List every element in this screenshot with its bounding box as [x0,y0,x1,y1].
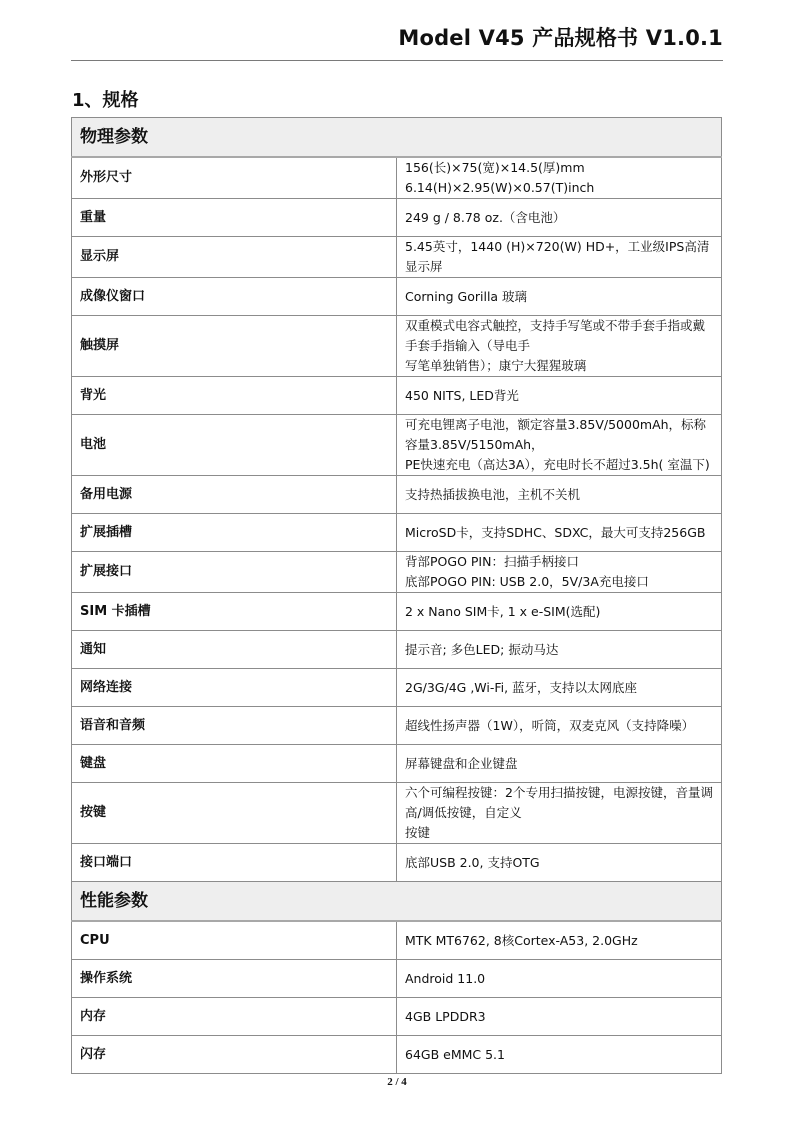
group-header-row: 性能参数 [72,882,722,922]
spec-value: 450 NITS, LED背光 [397,377,722,415]
spec-label: 键盘 [72,745,397,783]
table-row: 键盘屏幕键盘和企业键盘 [72,745,722,783]
spec-value: 可充电锂离子电池，额定容量3.85V/5000mAh，标称容量3.85V/515… [397,415,722,476]
spec-label: 按键 [72,783,397,844]
spec-label: 扩展插槽 [72,514,397,552]
spec-value-line: 4GB LPDDR3 [405,1007,713,1027]
spec-label: 外形尺寸 [72,157,397,199]
spec-label: 语音和音频 [72,707,397,745]
spec-label: 接口端口 [72,844,397,882]
table-row: 按键六个可编程按键：2个专用扫描按键，电源按键，音量调高/调低按键，自定义按键 [72,783,722,844]
spec-label: 内存 [72,998,397,1036]
spec-label: 备用电源 [72,476,397,514]
table-row: 扩展接口背部POGO PIN：扫描手柄接口底部POGO PIN: USB 2.0… [72,552,722,593]
spec-value: 4GB LPDDR3 [397,998,722,1036]
spec-value: 2 x Nano SIM卡, 1 x e-SIM(选配) [397,593,722,631]
spec-value-line: 超线性扬声器（1W），听筒，双麦克风（支持降噪） [405,716,713,736]
spec-value-line: 双重模式电容式触控，支持手写笔或不带手套手指或戴手套手指输入（导电手 [405,316,713,356]
table-row: 内存4GB LPDDR3 [72,998,722,1036]
table-row: 备用电源支持热插拔换电池，主机不关机 [72,476,722,514]
spec-value-line: 按键 [405,823,713,843]
spec-value: 底部USB 2.0, 支持OTG [397,844,722,882]
spec-value: MicroSD卡，支持SDHC、SDXC，最大可支持256GB [397,514,722,552]
spec-value-line: PE快速充电（高达3A），充电时长不超过3.5h( 室温下) [405,455,713,475]
spec-label: 背光 [72,377,397,415]
table-row: 背光450 NITS, LED背光 [72,377,722,415]
table-row: CPUMTK MT6762, 8核Cortex-A53, 2.0GHz [72,921,722,960]
page-number: 2 / 4 [0,1076,794,1088]
spec-value-line: 249 g / 8.78 oz.（含电池） [405,208,713,228]
spec-value: 5.45英寸，1440 (H)×720(W) HD+，工业级IPS高清显示屏 [397,237,722,278]
table-row: 闪存64GB eMMC 5.1 [72,1036,722,1074]
spec-value-line: 屏幕键盘和企业键盘 [405,754,713,774]
section-title: 1、规格 [72,86,139,112]
spec-value: 2G/3G/4G ,Wi-Fi, 蓝牙，支持以太网底座 [397,669,722,707]
spec-value-line: Corning Gorilla 玻璃 [405,287,713,307]
spec-label: SIM 卡插槽 [72,593,397,631]
table-row: 显示屏5.45英寸，1440 (H)×720(W) HD+，工业级IPS高清显示… [72,237,722,278]
spec-value-line: MTK MT6762, 8核Cortex-A53, 2.0GHz [405,931,713,951]
spec-value-line: 底部POGO PIN: USB 2.0，5V/3A充电接口 [405,572,713,592]
spec-value: 提示音; 多色LED; 振动马达 [397,631,722,669]
table-row: 接口端口底部USB 2.0, 支持OTG [72,844,722,882]
spec-value-line: 支持热插拔换电池，主机不关机 [405,485,713,505]
table-row: 外形尺寸156(长)×75(宽)×14.5(厚)mm6.14(H)×2.95(W… [72,157,722,199]
spec-value-line: Android 11.0 [405,969,713,989]
spec-label: 显示屏 [72,237,397,278]
spec-value: 249 g / 8.78 oz.（含电池） [397,199,722,237]
spec-value: 156(长)×75(宽)×14.5(厚)mm6.14(H)×2.95(W)×0.… [397,157,722,199]
table-row: 通知提示音; 多色LED; 振动马达 [72,631,722,669]
spec-value-line: 5.45英寸，1440 (H)×720(W) HD+，工业级IPS高清显示屏 [405,237,713,277]
table-row: 扩展插槽MicroSD卡，支持SDHC、SDXC，最大可支持256GB [72,514,722,552]
spec-label: 扩展接口 [72,552,397,593]
table-row: 重量249 g / 8.78 oz.（含电池） [72,199,722,237]
spec-value: Corning Gorilla 玻璃 [397,278,722,316]
table-row: 网络连接2G/3G/4G ,Wi-Fi, 蓝牙，支持以太网底座 [72,669,722,707]
spec-table: 物理参数外形尺寸156(长)×75(宽)×14.5(厚)mm6.14(H)×2.… [71,117,722,1074]
spec-value: Android 11.0 [397,960,722,998]
spec-label: 通知 [72,631,397,669]
spec-value: 超线性扬声器（1W），听筒，双麦克风（支持降噪） [397,707,722,745]
document-header-title: Model V45 产品规格书 V1.0.1 [71,22,723,61]
spec-value-line: 2G/3G/4G ,Wi-Fi, 蓝牙，支持以太网底座 [405,678,713,698]
spec-value-line: MicroSD卡，支持SDHC、SDXC，最大可支持256GB [405,523,713,543]
spec-label: 电池 [72,415,397,476]
group-title: 物理参数 [72,118,722,158]
spec-label: 闪存 [72,1036,397,1074]
spec-label: 重量 [72,199,397,237]
spec-value: 64GB eMMC 5.1 [397,1036,722,1074]
spec-value-line: 提示音; 多色LED; 振动马达 [405,640,713,660]
spec-value: 背部POGO PIN：扫描手柄接口底部POGO PIN: USB 2.0，5V/… [397,552,722,593]
table-row: 电池可充电锂离子电池，额定容量3.85V/5000mAh，标称容量3.85V/5… [72,415,722,476]
group-title: 性能参数 [72,882,722,922]
spec-value-line: 写笔单独销售）；康宁大猩猩玻璃 [405,356,713,376]
spec-label: 网络连接 [72,669,397,707]
spec-label: 操作系统 [72,960,397,998]
spec-value: MTK MT6762, 8核Cortex-A53, 2.0GHz [397,921,722,960]
table-row: 触摸屏双重模式电容式触控，支持手写笔或不带手套手指或戴手套手指输入（导电手写笔单… [72,316,722,377]
group-header-row: 物理参数 [72,118,722,158]
spec-label: 触摸屏 [72,316,397,377]
spec-label: 成像仪窗口 [72,278,397,316]
table-row: 语音和音频超线性扬声器（1W），听筒，双麦克风（支持降噪） [72,707,722,745]
spec-value-line: 六个可编程按键：2个专用扫描按键，电源按键，音量调高/调低按键，自定义 [405,783,713,823]
spec-value-line: 底部USB 2.0, 支持OTG [405,853,713,873]
spec-label: CPU [72,921,397,960]
table-row: SIM 卡插槽2 x Nano SIM卡, 1 x e-SIM(选配) [72,593,722,631]
spec-value: 支持热插拔换电池，主机不关机 [397,476,722,514]
spec-value-line: 可充电锂离子电池，额定容量3.85V/5000mAh，标称容量3.85V/515… [405,415,713,455]
spec-value-line: 64GB eMMC 5.1 [405,1045,713,1065]
spec-value-line: 2 x Nano SIM卡, 1 x e-SIM(选配) [405,602,713,622]
spec-value-line: 背部POGO PIN：扫描手柄接口 [405,552,713,572]
spec-value: 六个可编程按键：2个专用扫描按键，电源按键，音量调高/调低按键，自定义按键 [397,783,722,844]
table-row: 操作系统Android 11.0 [72,960,722,998]
spec-value: 双重模式电容式触控，支持手写笔或不带手套手指或戴手套手指输入（导电手写笔单独销售… [397,316,722,377]
spec-value-line: 6.14(H)×2.95(W)×0.57(T)inch [405,178,713,198]
table-row: 成像仪窗口Corning Gorilla 玻璃 [72,278,722,316]
spec-value: 屏幕键盘和企业键盘 [397,745,722,783]
spec-value-line: 156(长)×75(宽)×14.5(厚)mm [405,158,713,178]
spec-value-line: 450 NITS, LED背光 [405,386,713,406]
